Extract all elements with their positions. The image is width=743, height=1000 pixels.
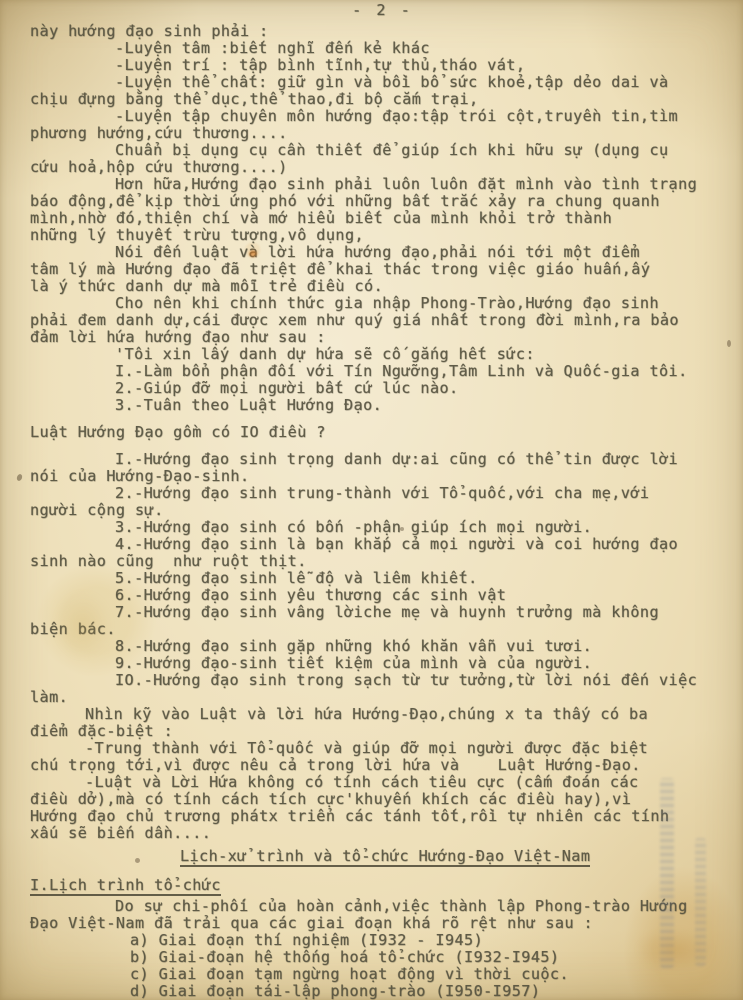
text-line: chú trọng tới,vì được nêu cả trong lời h… — [30, 757, 735, 774]
text-line: Nhìn kỹ vào Luật và lời hứa Hướng-Đạo,ch… — [30, 706, 735, 723]
text-line: đảm lời hứa hướng đạo như sau : — [30, 329, 735, 346]
document-body: - 2 -này hướng đạo sinh phải :-Luyện tâm… — [0, 0, 743, 1000]
text-line: phương hướng,cứu thương.... — [30, 125, 735, 142]
text-line: xấu sẽ biến dần.... — [30, 825, 735, 842]
text-line: sinh nào cũng như ruột thịt. — [30, 553, 735, 570]
paper-speck — [135, 858, 140, 863]
text-line: Hướng đạo chủ trương phátx triển các tán… — [30, 808, 735, 825]
text-line: báo động,để kịp thời ứng phó với những b… — [30, 193, 735, 210]
text-line: 3.-Tuân theo Luật Hướng Đạo. — [30, 397, 735, 414]
section-heading: I.Lịch trình tổ-chức — [30, 877, 735, 894]
paper-stain-dot — [249, 250, 257, 257]
text-line: a) Giai đoạn thí nghiệm (I932 - I945) — [30, 932, 735, 949]
text-line: d) Giai đoạn tái-lập phong-trào (I950-I9… — [30, 983, 735, 1000]
text-line: Cho nên khi chính thức gia nhập Phong-Tr… — [30, 295, 735, 312]
text-line: Chuẩn bị dụng cụ cần thiết để giúp ích k… — [30, 142, 735, 159]
text-line: phải đem danh dự,cái được xem như quý gi… — [30, 312, 735, 329]
text-line: 9.-Hướng đạo-sinh tiết kiệm của mình và … — [30, 655, 735, 672]
paper-stain — [636, 928, 714, 972]
text-line: 5.-Hướng đạo sinh lễ độ và liêm khiết. — [30, 570, 735, 587]
text-line: này hướng đạo sinh phải : — [30, 23, 735, 40]
text-line: -Luật và Lời Hứa không có tính cách tiêu… — [30, 774, 735, 791]
text-line: Hơn hữa,Hướng đạo sinh phải luôn luôn đặ… — [30, 176, 735, 193]
text-line: chịu đựng bằng thể dục,thể thao,đi bộ cắ… — [30, 91, 735, 108]
text-line: b) Giai-đoạn hệ thống hoá tổ-chức (I932-… — [30, 949, 735, 966]
text-line: 3.-Hướng đạo sinh có bốn -phận giúp ích … — [30, 519, 735, 536]
text-line: những lý thuyết trừu tượng,vô dụng, — [30, 227, 735, 244]
text-line: điểm đặc-biệt : — [30, 723, 735, 740]
text-line: I.-Làm bổn phận đối với Tín Ngưỡng,Tâm L… — [30, 363, 735, 380]
text-line: 'Tôi xin lấy danh dự hứa sẽ cố gắng hết … — [30, 346, 735, 363]
text-line: IO.-Hướng đạo sinh trong sạch từ tư tưởn… — [30, 672, 735, 689]
paper-speck — [727, 340, 731, 347]
text-line: 2.-Hướng đạo sinh trung-thành với Tổ-quố… — [30, 485, 735, 502]
text-line: 8.-Hướng đạo sinh gặp những khó khăn vẫn… — [30, 638, 735, 655]
text-line: 6.-Hướng đạo sinh yêu thương các sinh vậ… — [30, 587, 735, 604]
text-line: là ý thức danh dự mà mỗi trẻ điều có. — [30, 278, 735, 295]
paper-stain — [55, 592, 111, 658]
text-line: 2.-Giúp đỡ mọi người bất cứ lúc nào. — [30, 380, 735, 397]
paper-speck — [400, 527, 404, 531]
text-line: mình,nhờ đó,thiện chí và mớ hiểu biết củ… — [30, 210, 735, 227]
typewritten-page: - 2 -này hướng đạo sinh phải :-Luyện tâm… — [0, 0, 743, 1000]
text-line: điều dở),mà có tính cách tích cực'khuyến… — [30, 791, 735, 808]
text-line: biện bác. — [30, 621, 735, 638]
text-line: c) Giai đoạn tạm ngừng hoạt động vì thời… — [30, 966, 735, 983]
text-line: Luật Hướng Đạo gồm có IO điều ? — [30, 424, 735, 441]
text-line: Do sự chi-phối của hoàn cảnh,việc thành … — [30, 898, 735, 915]
text-line: 7.-Hướng đạo sinh vâng lờiche mẹ và huyn… — [30, 604, 735, 621]
text-line: cứu hoả,hộp cứu thương....) — [30, 159, 735, 176]
text-line: -Luyện tâm :biết nghĩ đến kẻ khác — [30, 40, 735, 57]
text-line: -Trung thành với Tổ-quốc và giúp đỡ mọi … — [30, 740, 735, 757]
text-line: Đạo Việt-Nam đã trải qua các giai đoạn k… — [30, 915, 735, 932]
text-line: -Luyện thể chất: giữ gìn và bồi bổ sức k… — [30, 74, 735, 91]
page-number: - 2 - — [30, 2, 735, 19]
text-line: người cộng sự. — [30, 502, 735, 519]
text-line: -Luyện trí : tập bình tĩnh,tự thủ,tháo v… — [30, 57, 735, 74]
text-line: 4.-Hướng đạo sinh là bạn khắp cả mọi ngư… — [30, 536, 735, 553]
text-line: tâm lý mà Hướng đạo đã triệt để khai thá… — [30, 261, 735, 278]
text-line: -Luyện tập chuyên môn hướng đạo:tập trói… — [30, 108, 735, 125]
text-line: làm. — [30, 689, 735, 706]
text-line: Nói đến luật và lời hứa hướng đạo,phải n… — [30, 244, 735, 261]
text-line: nói của Hướng-Đạo-sinh. — [30, 468, 735, 485]
text-line: I.-Hướng đạo sinh trọng danh dự:ai cũng … — [30, 451, 735, 468]
